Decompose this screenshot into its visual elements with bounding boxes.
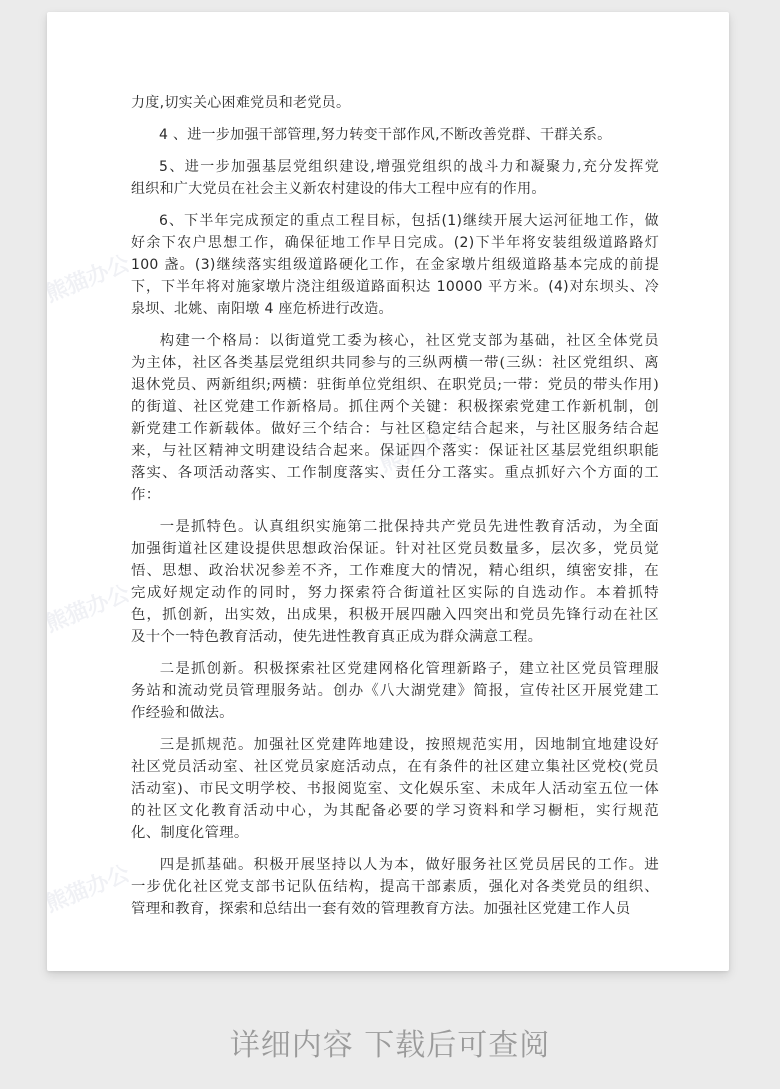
paragraph-line: 活动室)、市民文明学校、书报阅览室、文化娱乐室、未成年人活动室五位一体 (131, 778, 659, 800)
paragraph-line: 为主体，社区各类基层党组织共同参与的三纵两横一带(三纵：社区党组织、离 (131, 352, 659, 374)
paragraph-line: 一是抓特色。认真组织实施第二批保持共产党员先进性教育活动，为全面 (131, 516, 659, 538)
paragraph-line: 退休党员、两新组织;两横：驻街单位党组织、在职党员;一带：党员的带头作用) (131, 374, 659, 396)
paragraph-p-framework: 构建一个格局：以街道党工委为核心，社区党支部为基础，社区全体党员为主体，社区各类… (131, 330, 659, 506)
paragraph-line: 好余下农户思想工作，确保征地工作早日完成。(2)下半年将安装组级道路路灯 (131, 232, 659, 254)
paragraph-p-third: 三是抓规范。加强社区党建阵地建设，按照规范实用，因地制宜地建设好社区党员活动室、… (131, 734, 659, 844)
document-page: 熊猫办公 熊猫办公 熊猫办公 熊猫办公 力度,切实关心困难党员和老党员。4 、进… (47, 12, 729, 971)
paragraph-line: 落实、各项活动落实、工作制度落实、责任分工落实。重点抓好六个方面的工 (131, 462, 659, 484)
paragraph-line: 新党建工作新载体。做好三个结合：与社区稳定结合起来，与社区服务结合起 (131, 418, 659, 440)
paragraph-p6: 6、下半年完成预定的重点工程目标，包括(1)继续开展大运河征地工作，做好余下农户… (131, 210, 659, 320)
paragraph-line: 力度,切实关心困难党员和老党员。 (131, 92, 659, 114)
paragraph-p-first: 一是抓特色。认真组织实施第二批保持共产党员先进性教育活动，为全面加强街道社区建设… (131, 516, 659, 648)
paragraph-p5: 5、进一步加强基层党组织建设,增强党组织的战斗力和凝聚力,充分发挥党组织和广大党… (131, 156, 659, 200)
paragraph-line: 四是抓基础。积极开展坚持以人为本，做好服务社区党员居民的工作。进 (131, 854, 659, 876)
watermark: 熊猫办公 (47, 577, 134, 639)
download-to-view-notice: 详细内容 下载后可查阅 (0, 1020, 780, 1064)
paragraph-line: 6、下半年完成预定的重点工程目标，包括(1)继续开展大运河征地工作，做 (131, 210, 659, 232)
paragraph-line: 的社区文化教育活动中心，为其配备必要的学习资料和学习橱柜，实行规范 (131, 800, 659, 822)
paragraph-line: 来，与社区精神文明建设结合起来。保证四个落实：保证社区基层党组织职能 (131, 440, 659, 462)
paragraph-line: 务站和流动党员管理服务站。创办《八大湖党建》简报，宣传社区开展党建工 (131, 680, 659, 702)
paragraph-line: 悟、思想、政治状况参差不齐，工作难度大的情况，精心组织，缜密安排，在 (131, 560, 659, 582)
paragraph-p4: 4 、进一步加强干部管理,努力转变干部作风,不断改善党群、干群关系。 (131, 124, 659, 146)
paragraph-line: 及十个一特色教育活动，使先进性教育真正成为群众满意工程。 (131, 626, 659, 648)
paragraph-p-fourth: 四是抓基础。积极开展坚持以人为本，做好服务社区党员居民的工作。进一步优化社区党支… (131, 854, 659, 920)
paragraph-line: 化、制度化管理。 (131, 822, 659, 844)
paragraph-line: 色，抓创新，出实效，出成果，积极开展四融入四突出和党员先锋行动在社区 (131, 604, 659, 626)
paragraph-line: 作经验和做法。 (131, 702, 659, 724)
watermark: 熊猫办公 (47, 247, 134, 309)
paragraph-line: 4 、进一步加强干部管理,努力转变干部作风,不断改善党群、干群关系。 (131, 124, 659, 146)
document-body: 力度,切实关心困难党员和老党员。4 、进一步加强干部管理,努力转变干部作风,不断… (131, 92, 659, 930)
paragraph-line: 加强街道社区建设提供思想政治保证。针对社区党员数量多，层次多，党员觉 (131, 538, 659, 560)
paragraph-line: 管理和教育，探索和总结出一套有效的管理教育方法。加强社区党建工作人员 (131, 898, 659, 920)
paragraph-line: 100 盏。(3)继续落实组级道路硬化工作，在金家墩片组级道路基本完成的前提 (131, 254, 659, 276)
paragraph-line: 作： (131, 484, 659, 506)
paragraph-line: 下，下半年将对施家墩片浇注组级道路面积达 10000 平方米。(4)对东坝头、冷 (131, 276, 659, 298)
paragraph-line: 二是抓创新。积极探索社区党建网格化管理新路子，建立社区党员管理服 (131, 658, 659, 680)
paragraph-line: 5、进一步加强基层党组织建设,增强党组织的战斗力和凝聚力,充分发挥党 (131, 156, 659, 178)
paragraph-p0: 力度,切实关心困难党员和老党员。 (131, 92, 659, 114)
paragraph-line: 一步优化社区党支部书记队伍结构，提高干部素质，强化对各类党员的组织、 (131, 876, 659, 898)
paragraph-line: 社区党员活动室、社区党员家庭活动点，在有条件的社区建立集社区党校(党员 (131, 756, 659, 778)
paragraph-line: 泉坝、北姚、南阳墩 4 座危桥进行改造。 (131, 298, 659, 320)
paragraph-line: 三是抓规范。加强社区党建阵地建设，按照规范实用，因地制宜地建设好 (131, 734, 659, 756)
paragraph-line: 完成好规定动作的同时，努力探索符合街道社区实际的自选动作。本着抓特 (131, 582, 659, 604)
paragraph-line: 构建一个格局：以街道党工委为核心，社区党支部为基础，社区全体党员 (131, 330, 659, 352)
paragraph-line: 的街道、社区党建工作新格局。抓住两个关键：积极探索党建工作新机制，创 (131, 396, 659, 418)
paragraph-line: 组织和广大党员在社会主义新农村建设的伟大工程中应有的作用。 (131, 178, 659, 200)
watermark: 熊猫办公 (47, 857, 134, 919)
paragraph-p-second: 二是抓创新。积极探索社区党建网格化管理新路子，建立社区党员管理服务站和流动党员管… (131, 658, 659, 724)
